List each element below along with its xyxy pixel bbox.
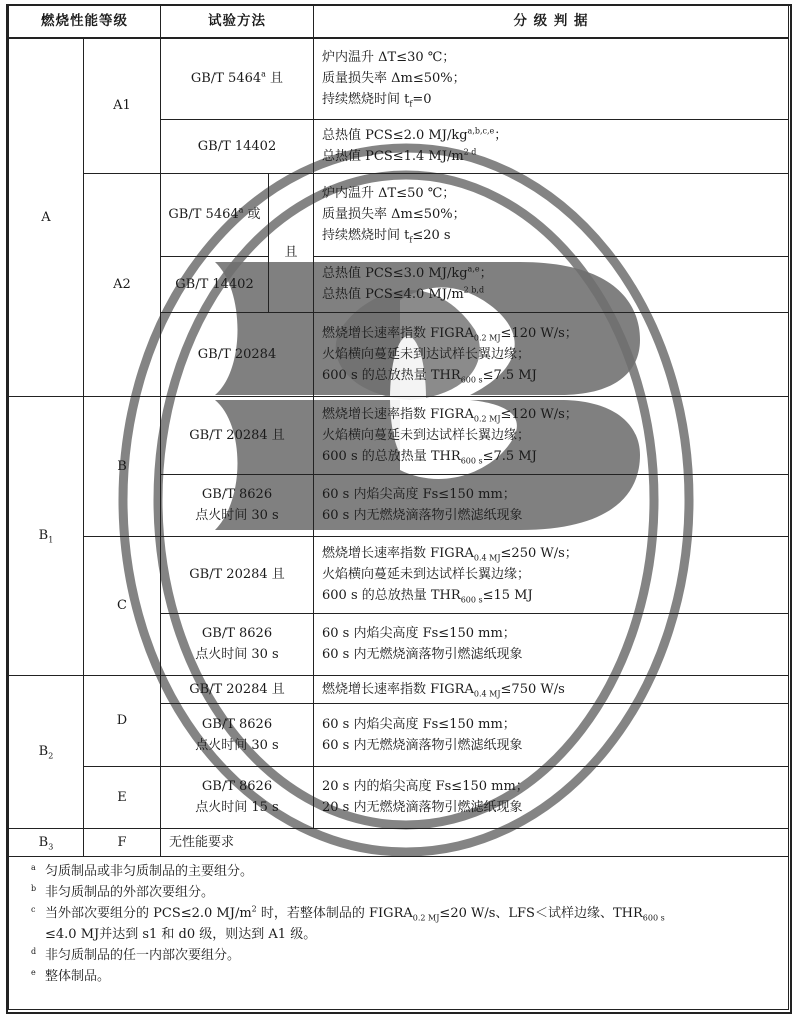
subgrade-A1: A1 — [84, 38, 161, 173]
footnote-c: c当外部次要组分的 PCS≤2.0 MJ/m2 时，若整体制品的 FIGRA0.… — [31, 903, 788, 924]
method-cell: GB/T 20284 且 — [161, 536, 314, 613]
table-row: C GB/T 20284 且 燃烧增长速率指数 FIGRA0.4 MJ≤250 … — [9, 536, 789, 613]
subgrade-C: C — [84, 536, 161, 675]
criteria-cell: 无性能要求 — [161, 828, 789, 856]
subgrade-D: D — [84, 675, 161, 766]
method-cell: GB/T 5464a 或 — [161, 173, 269, 256]
method-cell: GB/T 8626点火时间 30 s — [161, 474, 314, 536]
criteria-cell: 60 s 内焰尖高度 Fs≤150 mm； 60 s 内无燃烧滴落物引燃滤纸现象 — [314, 703, 789, 766]
header-method: 试验方法 — [161, 6, 314, 39]
method-cell: GB/T 14402 — [161, 119, 314, 173]
method-cell: GB/T 8626点火时间 30 s — [161, 703, 314, 766]
footnote-c-continued: ≤4.0 MJ并达到 s1 和 d0 级，则达到 A1 级。 — [31, 924, 788, 945]
table-row: A A1 GB/T 5464a 且 炉内温升 ΔT≤30 ℃； 质量损失率 Δm… — [9, 38, 789, 119]
footnote-d: d非匀质制品的任一内部次要组分。 — [31, 945, 788, 966]
fire-performance-classification-table: 燃烧性能等级 试验方法 分 级 判 据 A A1 GB/T 5464a 且 炉内… — [8, 5, 789, 1010]
header-criteria: 分 级 判 据 — [314, 6, 789, 39]
subgrade-F: F — [84, 828, 161, 856]
table-row: B2 D GB/T 20284 且 燃烧增长速率指数 FIGRA0.4 MJ≤7… — [9, 675, 789, 703]
method-cell: GB/T 8626点火时间 30 s — [161, 613, 314, 675]
method-cell: GB/T 20284 且 — [161, 675, 314, 703]
subgrade-B: B — [84, 396, 161, 536]
table-row: E GB/T 8626点火时间 15 s 20 s 内的焰尖高度 Fs≤150 … — [9, 766, 789, 828]
grade-A: A — [9, 38, 84, 396]
method-cell: GB/T 20284 — [161, 312, 314, 396]
criteria-cell: 燃烧增长速率指数 FIGRA0.4 MJ≤750 W/s — [314, 675, 789, 703]
and-cell: 且 — [269, 173, 314, 312]
footnotes-row: a匀质制品或非匀质制品的主要组分。 b非匀质制品的外部次要组分。 c当外部次要组… — [9, 856, 789, 1009]
criteria-cell: 60 s 内焰尖高度 Fs≤150 mm； 60 s 内无燃烧滴落物引燃滤纸现象 — [314, 474, 789, 536]
footnote-a: a匀质制品或非匀质制品的主要组分。 — [31, 861, 788, 882]
header-grade: 燃烧性能等级 — [9, 6, 161, 39]
criteria-cell: 20 s 内的焰尖高度 Fs≤150 mm； 20 s 内无燃烧滴落物引燃滤纸现… — [314, 766, 789, 828]
criteria-cell: 燃烧增长速率指数 FIGRA0.2 MJ≤120 W/s； 火焰横向蔓延未到达试… — [314, 312, 789, 396]
method-cell: GB/T 20284 且 — [161, 396, 314, 474]
table-row: B3 F 无性能要求 — [9, 828, 789, 856]
subgrade-E: E — [84, 766, 161, 828]
criteria-cell: 炉内温升 ΔT≤50 ℃； 质量损失率 Δm≤50%； 持续燃烧时间 tf≤20… — [314, 173, 789, 256]
table-row: A2 GB/T 5464a 或 且 炉内温升 ΔT≤50 ℃； 质量损失率 Δm… — [9, 173, 789, 256]
criteria-cell: 燃烧增长速率指数 FIGRA0.4 MJ≤250 W/s； 火焰横向蔓延未到达试… — [314, 536, 789, 613]
footnotes: a匀质制品或非匀质制品的主要组分。 b非匀质制品的外部次要组分。 c当外部次要组… — [9, 856, 789, 1009]
footnote-e: e整体制品。 — [31, 966, 788, 987]
subgrade-A2: A2 — [84, 173, 161, 396]
criteria-cell: 燃烧增长速率指数 FIGRA0.2 MJ≤120 W/s； 火焰横向蔓延未到达试… — [314, 396, 789, 474]
criteria-cell: 60 s 内焰尖高度 Fs≤150 mm； 60 s 内无燃烧滴落物引燃滤纸现象 — [314, 613, 789, 675]
grade-B2: B2 — [9, 675, 84, 828]
method-cell: GB/T 14402 — [161, 256, 269, 312]
grade-B1: B1 — [9, 396, 84, 675]
table-row: B1 B GB/T 20284 且 燃烧增长速率指数 FIGRA0.2 MJ≤1… — [9, 396, 789, 474]
table-header-row: 燃烧性能等级 试验方法 分 级 判 据 — [9, 6, 789, 39]
method-cell: GB/T 8626点火时间 15 s — [161, 766, 314, 828]
method-cell: GB/T 5464a 且 — [161, 38, 314, 119]
criteria-cell: 炉内温升 ΔT≤30 ℃； 质量损失率 Δm≤50%； 持续燃烧时间 tf=0 — [314, 38, 789, 119]
criteria-cell: 总热值 PCS≤2.0 MJ/kga,b,c,e； 总热值 PCS≤1.4 MJ… — [314, 119, 789, 173]
grade-B3: B3 — [9, 828, 84, 856]
footnote-b: b非匀质制品的外部次要组分。 — [31, 882, 788, 903]
criteria-cell: 总热值 PCS≤3.0 MJ/kga,e； 总热值 PCS≤4.0 MJ/m2 … — [314, 256, 789, 312]
